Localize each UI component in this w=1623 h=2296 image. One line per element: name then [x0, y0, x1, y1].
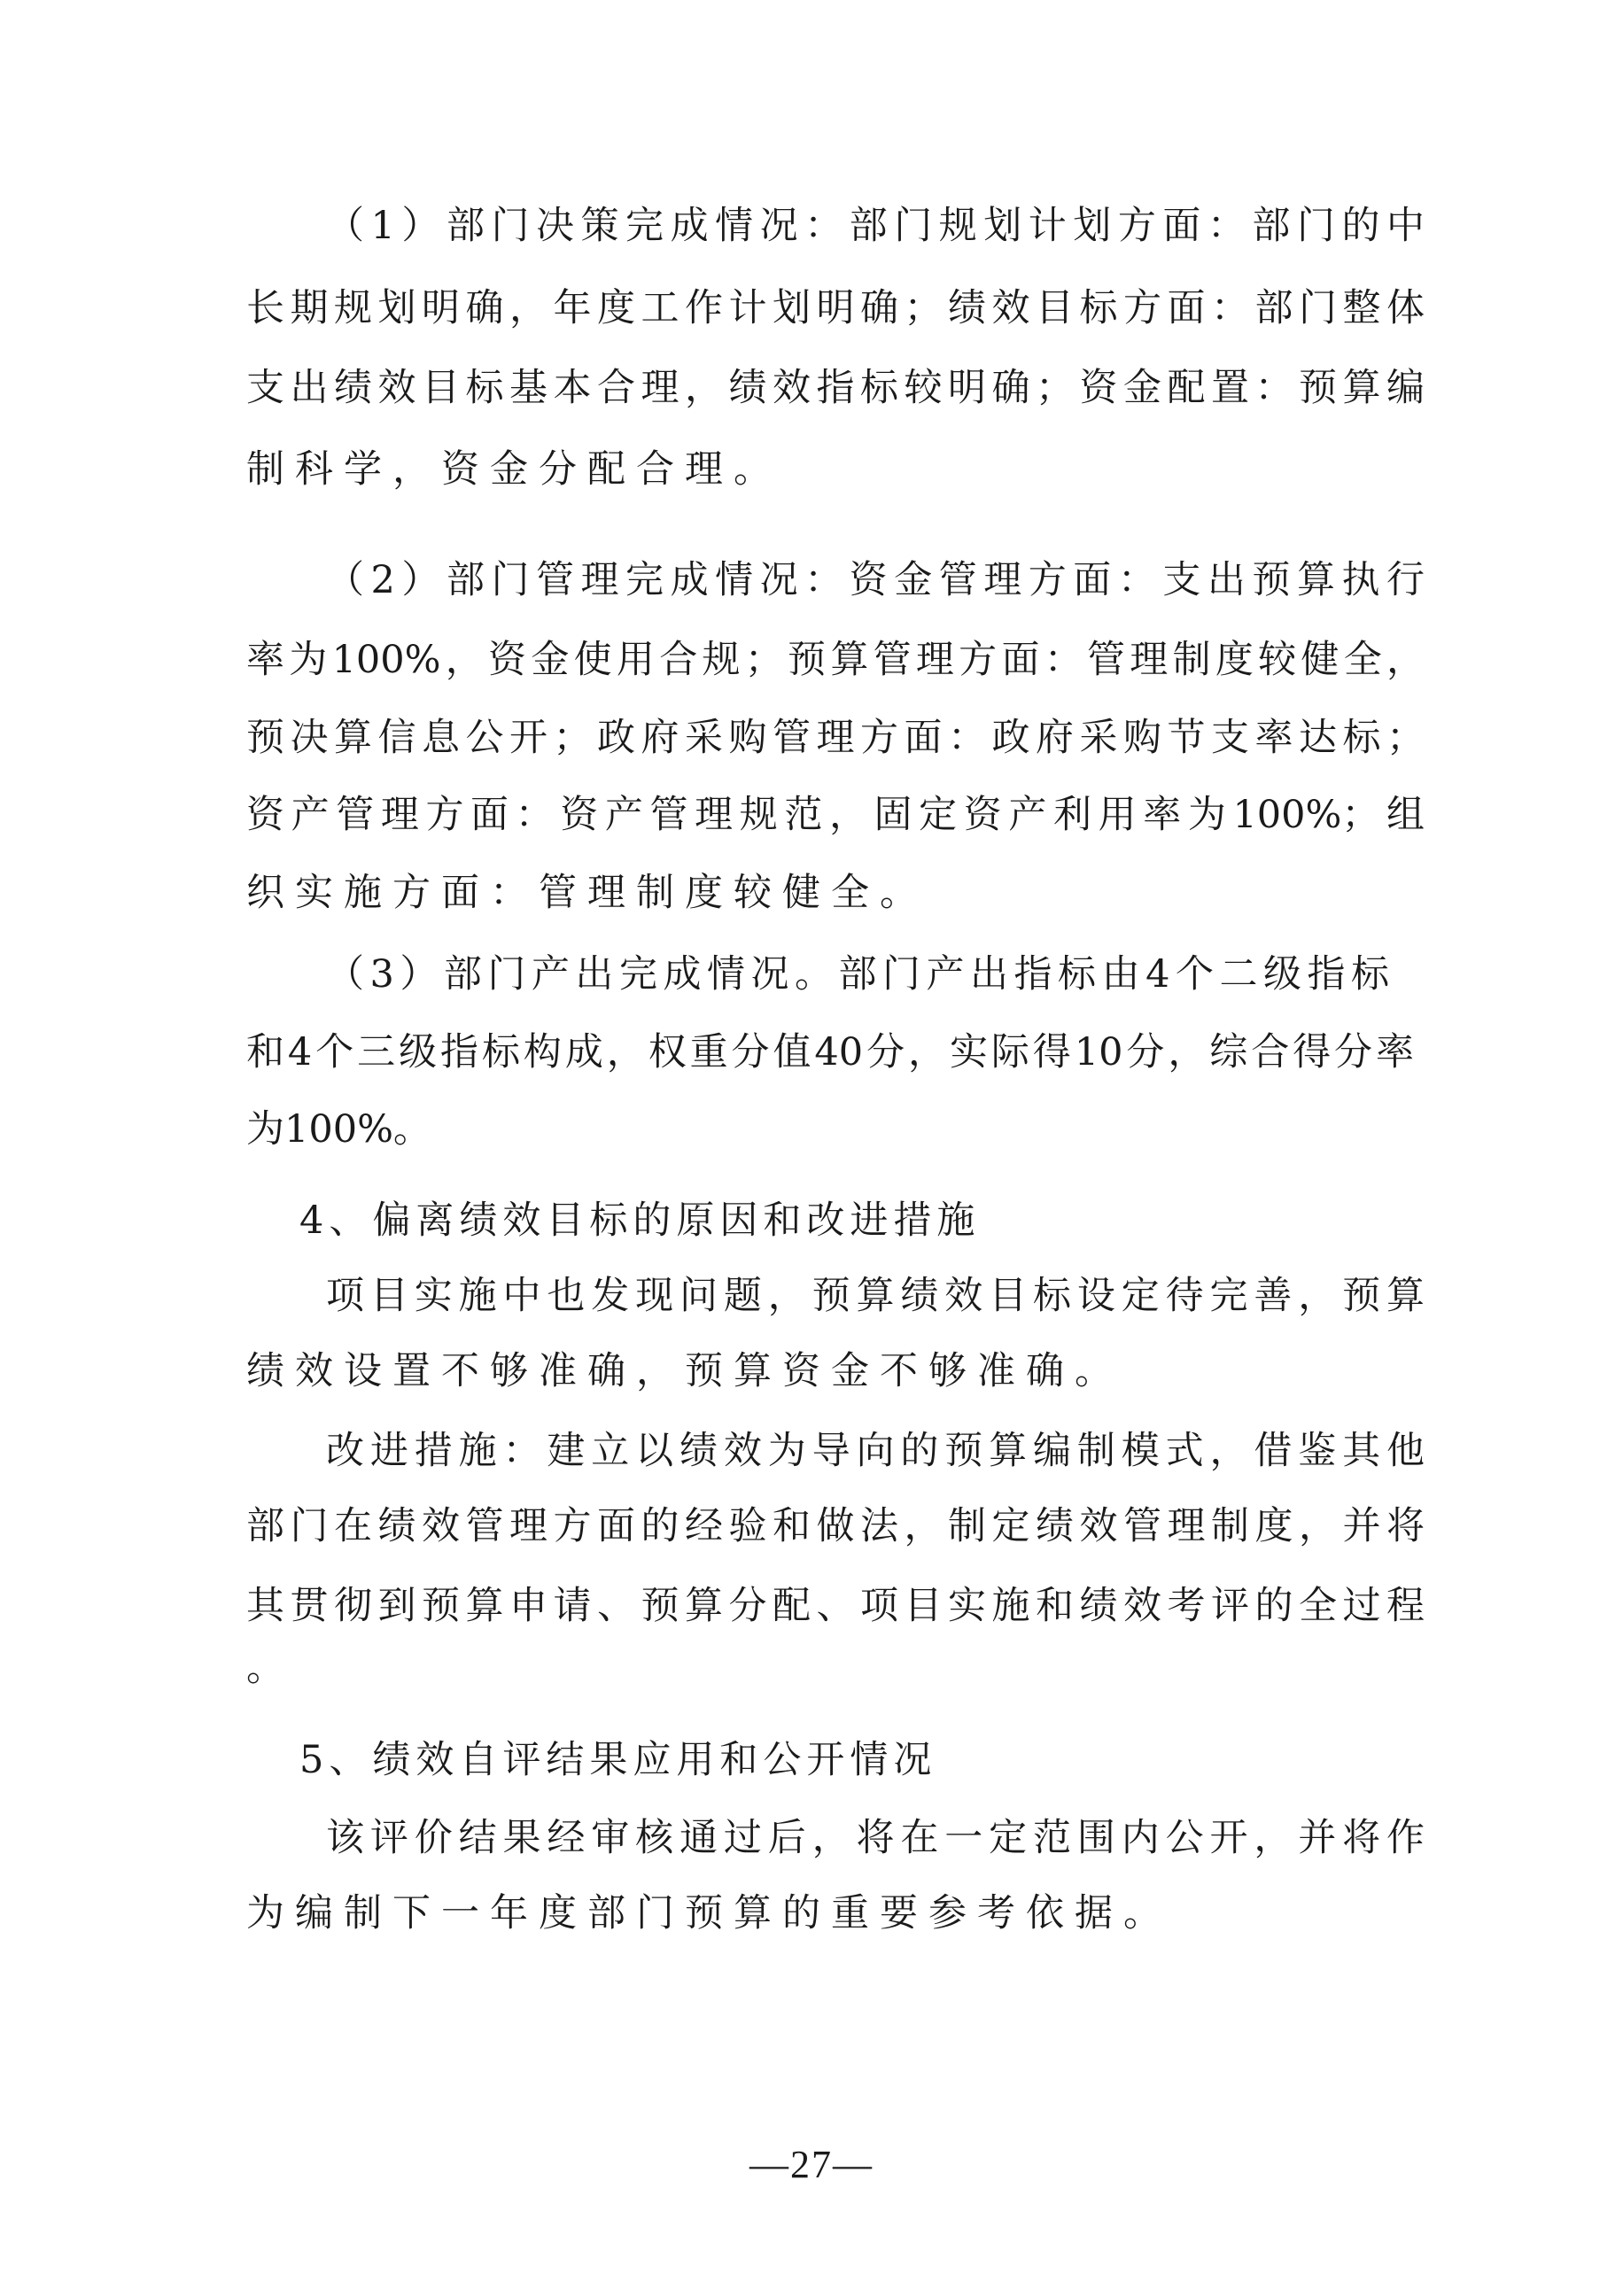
text-line: 该评价结果经审核通过后，将在一定范围内公开，并将作 [326, 1811, 1425, 1865]
text-line: 部门在绩效管理方面的经验和做法，制定绩效管理制度，并将 [246, 1500, 1425, 1553]
text-line: 织实施方面：管理制度较健全。 [246, 866, 1425, 919]
text-line: （1）部门决策完成情况：部门规划计划方面：部门的中 [326, 199, 1425, 252]
text-line: （2）部门管理完成情况：资金管理方面：支出预算执行 [326, 554, 1425, 607]
text-line: 制科学，资金分配合理。 [246, 443, 1425, 496]
text-line: 。 [246, 1641, 1425, 1695]
text-line: 为编制下一年度部门预算的重要参考依据。 [246, 1887, 1425, 1940]
text-line: 其贯彻到预算申请、预算分配、项目实施和绩效考评的全过程 [246, 1579, 1425, 1633]
document-page: （1）部门决策完成情况：部门规划计划方面：部门的中 长期规划明确，年度工作计划明… [0, 0, 1623, 2296]
text-line: 率为100%，资金使用合规；预算管理方面：管理制度较健全， [246, 633, 1425, 686]
text-line: （3）部门产出完成情况。部门产出指标由4个二级指标 [326, 948, 1389, 1001]
text-line: 项目实施中也发现问题，预算绩效目标设定待完善，预算 [326, 1269, 1425, 1323]
text-line: 长期规划明确，年度工作计划明确；绩效目标方面：部门整体 [246, 282, 1425, 335]
text-line: 改进措施：建立以绩效为导向的预算编制模式，借鉴其他 [326, 1424, 1425, 1478]
section-heading-result-application: 5、绩效自评结果应用和公开情况 [299, 1734, 936, 1787]
text-line: 预决算信息公开；政府采购管理方面：政府采购节支率达标； [246, 711, 1425, 764]
page-number: —27— [0, 2142, 1623, 2187]
section-heading-deviation-causes: 4、偏离绩效目标的原因和改进措施 [299, 1194, 980, 1247]
text-line: 资产管理方面：资产管理规范，固定资产利用率为100%；组 [246, 788, 1425, 842]
text-line: 为100%。 [246, 1103, 1425, 1156]
text-line: 绩效设置不够准确，预算资金不够准确。 [246, 1345, 1425, 1398]
text-line: 支出绩效目标基本合理，绩效指标较明确；资金配置：预算编 [246, 361, 1425, 415]
text-line: 和4个三级指标构成，权重分值40分，实际得10分，综合得分率 [246, 1026, 1414, 1079]
